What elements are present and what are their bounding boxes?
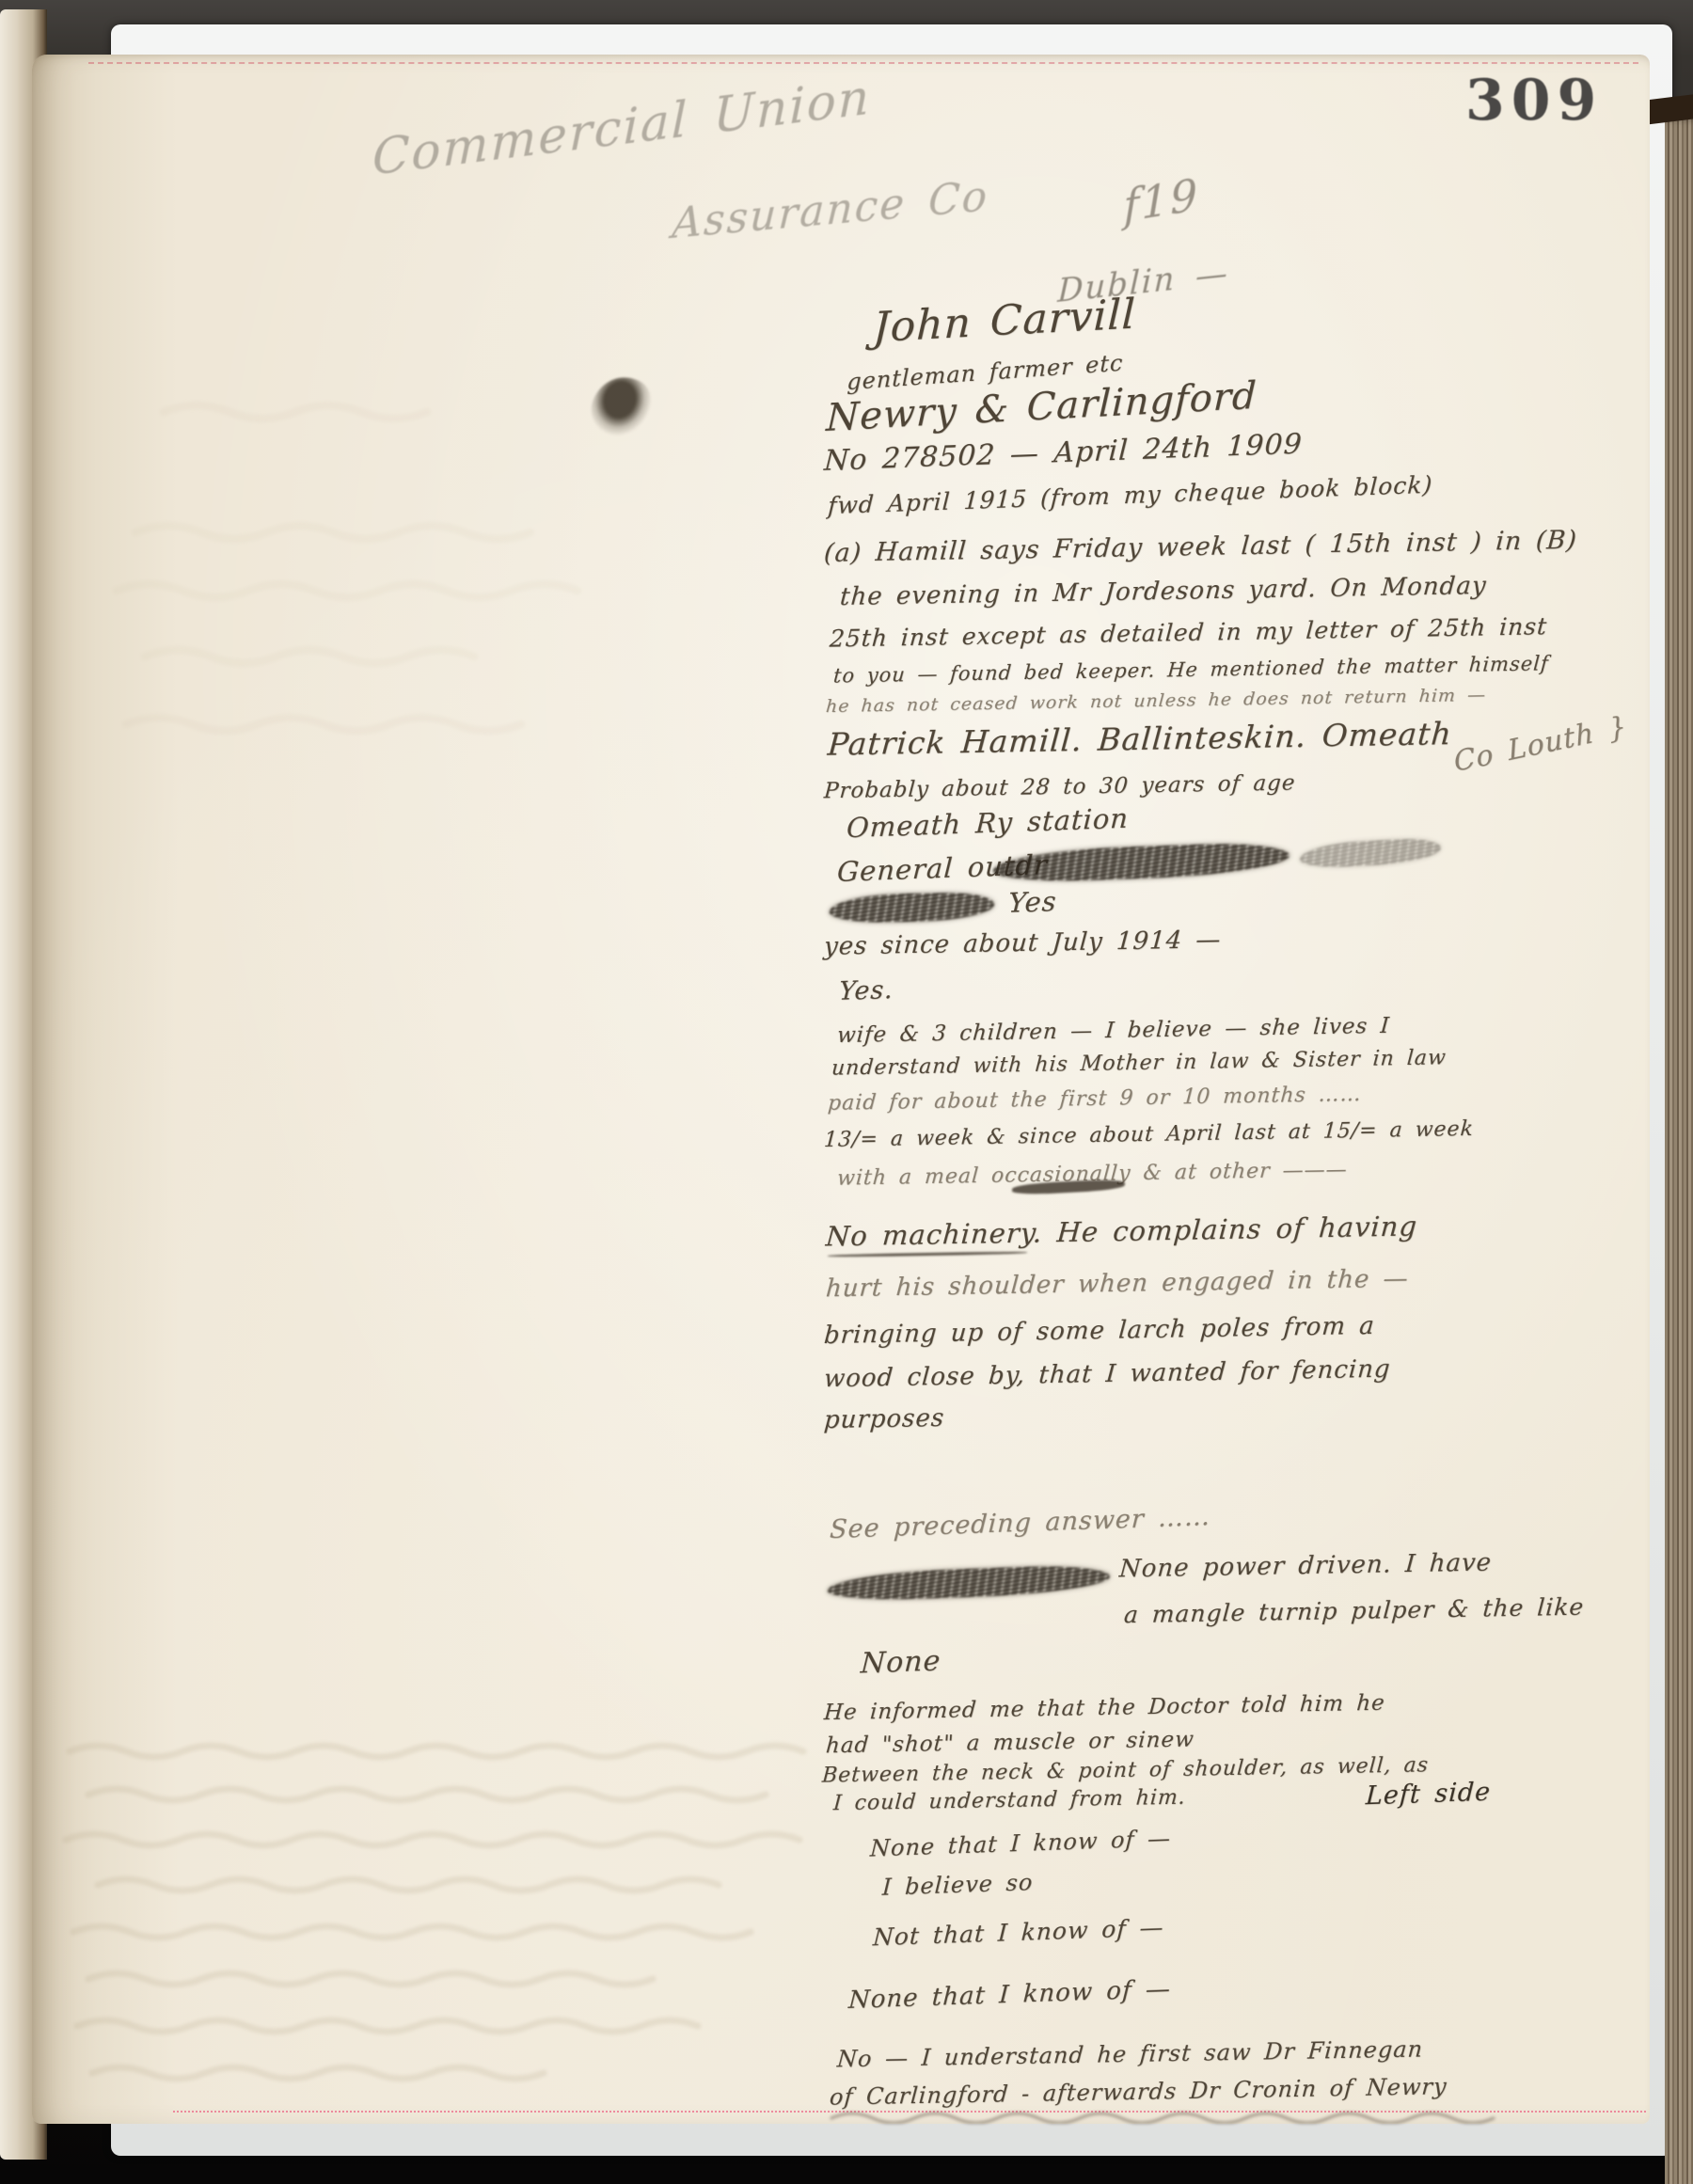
manuscript-line: Patrick Hamill. Ballinteskin. Omeath [827, 715, 1453, 763]
manuscript-line: No machinery. He complains of having [825, 1210, 1418, 1252]
manuscript-line: Yes. [838, 975, 894, 1006]
manuscript-line: I believe so [881, 1869, 1034, 1901]
manuscript-line: to you — found bed keeper. He mentioned … [832, 652, 1549, 687]
manuscript-line: purposes [823, 1404, 945, 1434]
manuscript-line: paid for about the first 9 or 10 months … [827, 1083, 1362, 1116]
manuscript-line: of Carlingford - afterwards Dr Cronin of… [829, 2073, 1448, 2110]
manuscript-line: wife & 3 children — I believe — she live… [836, 1014, 1390, 1048]
manuscript-line: I could understand from him. [832, 1786, 1187, 1816]
manuscript-line: Co Louth } [1452, 710, 1629, 780]
manuscript-line: None that I know of — [847, 1975, 1171, 2015]
manuscript-line: hurt his shoulder when engaged in the — [825, 1265, 1410, 1304]
manuscript-text-block: John Carvillgentleman farmer etcNewry & … [32, 55, 1650, 2124]
manuscript-line: None [860, 1644, 941, 1680]
scribbled-out-text [829, 892, 995, 923]
manuscript-line: He informed me that the Doctor told him … [823, 1691, 1385, 1725]
manuscript-line: 13/= a week & since about April last at … [823, 1117, 1475, 1152]
manuscript-line: (a) Hamill says Friday week last ( 15th … [823, 526, 1578, 568]
manuscript-line: Left side [1365, 1778, 1492, 1812]
ink-smudge-mark [828, 1251, 1027, 1258]
scribbled-out-text [992, 841, 1290, 883]
manuscript-line: No — I understand he first saw Dr Finneg… [836, 2036, 1424, 2073]
scribbled-out-text [827, 1564, 1110, 1603]
manuscript-line: Not that I know of — [872, 1914, 1164, 1952]
manuscript-line: had "shot" a muscle or sinew [825, 1728, 1195, 1759]
manuscript-line: wood close by, that I wanted for fencing [823, 1355, 1392, 1394]
manuscript-line: understand with his Mother in law & Sist… [831, 1046, 1447, 1080]
manuscript-line: Yes [1007, 885, 1057, 919]
book-fore-edge-pages [1665, 111, 1693, 2184]
book-photo: 309 Commercial Union Assurance Co f19 Du… [0, 0, 1693, 2184]
manuscript-line: yes since about July 1914 — [823, 926, 1222, 960]
manuscript-line: John Carvill [872, 291, 1136, 353]
manuscript-line: fwd April 1915 (from my cheque book bloc… [827, 471, 1433, 520]
manuscript-line: Omeath Ry station [846, 802, 1130, 845]
manuscript-line: the evening in Mr Jordesons yard. On Mon… [839, 572, 1488, 611]
manuscript-line: See preceding answer …… [829, 1502, 1211, 1544]
manuscript-line: None power driven. I have [1118, 1549, 1493, 1584]
manuscript-line: 25th inst except as detailed in my lette… [829, 612, 1548, 652]
manuscript-line: Between the neck & point of shoulder, as… [821, 1753, 1430, 1787]
manuscript-page: 309 Commercial Union Assurance Co f19 Du… [32, 55, 1650, 2124]
manuscript-line: None that I know of — [869, 1825, 1171, 1861]
manuscript-line: bringing up of some larch poles from a [823, 1312, 1376, 1350]
manuscript-line: a mangle turnip pulper & the like [1123, 1593, 1585, 1629]
manuscript-line: he has not ceased work not unless he doe… [825, 685, 1487, 717]
scribbled-out-text [1300, 837, 1442, 869]
manuscript-line: Probably about 28 to 30 years of age [823, 771, 1296, 804]
